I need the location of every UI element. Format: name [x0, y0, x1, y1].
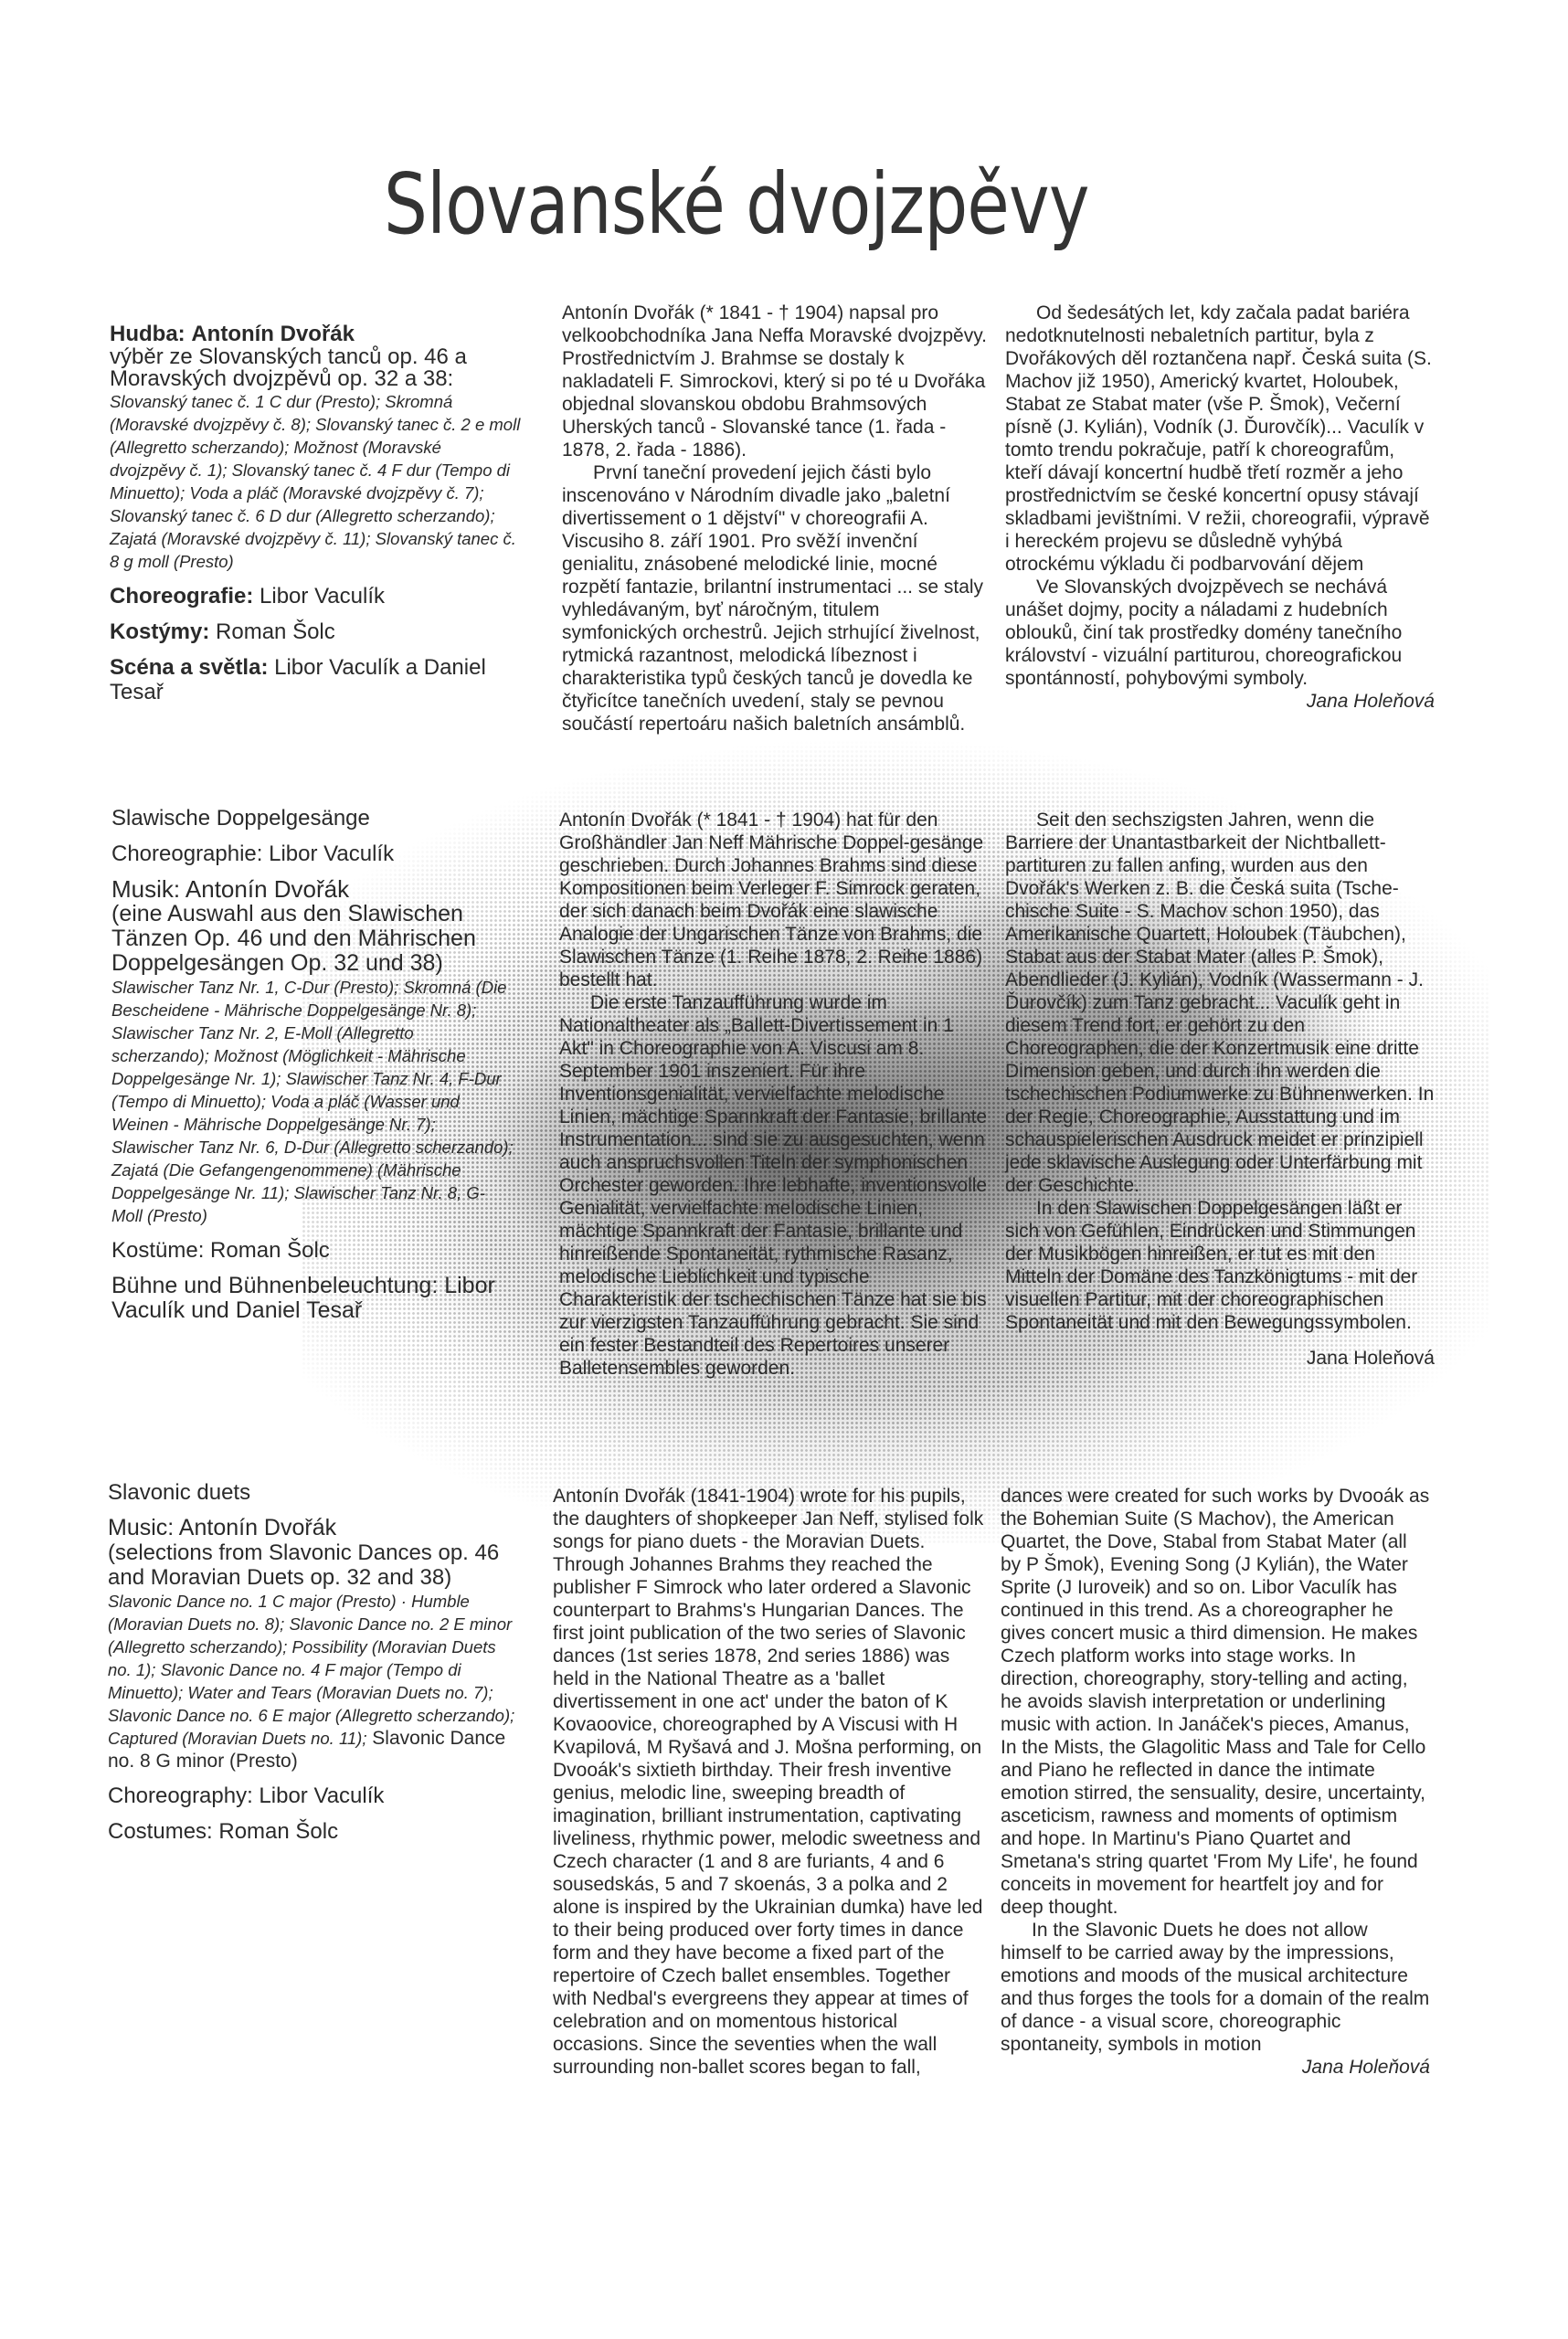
czech-choreo-value: Libor Vaculík [260, 584, 385, 609]
page-title: Slovanské dvojzpěvy [384, 155, 1044, 253]
english-paragraph: Antonín Dvořák (1841-1904) wrote for his… [553, 1485, 987, 2079]
english-author: Jana Holeňová [1001, 2056, 1430, 2079]
german-body-col2: Seit den sechszigsten Jahren, wenn die B… [1005, 809, 1435, 1370]
german-body-col1: Antonín Dvořák (* 1841 - † 1904) hat für… [559, 809, 989, 1380]
english-music: Music: Antonín Dvořák [108, 1516, 519, 1540]
german-music: Musik: Antonín Dvořák [111, 877, 514, 902]
czech-music-value: Antonín Dvořák [191, 322, 355, 346]
czech-paragraph: První taneční provedení jejich části byl… [562, 461, 987, 736]
german-title: Slawische Doppelgesänge [111, 806, 514, 831]
czech-paragraph: Ve Slovanských dvojzpěvech se nechává un… [1005, 576, 1435, 690]
german-selection: (eine Auswahl aus den Slawischen Tänzen … [111, 902, 514, 976]
czech-author: Jana Holeňová [1005, 690, 1435, 713]
german-paragraph: In den Slawischen Doppelgesängen läßt er… [1005, 1197, 1435, 1334]
english-paragraph: In the Slavonic Duets he does not allow … [1001, 1919, 1430, 2056]
czech-music-label: Hudba: [110, 322, 185, 346]
english-selection: (selections from Slavonic Dances op. 46 … [108, 1540, 519, 1590]
german-paragraph: Antonín Dvořák (* 1841 - † 1904) hat für… [559, 809, 989, 991]
german-costume: Kostüme: Roman Šolc [111, 1238, 514, 1263]
czech-selection: výběr ze Slovanských tanců op. 46 a Mora… [110, 346, 521, 390]
czech-costume-label: Kostýmy: [110, 619, 209, 644]
english-choreo: Choreography: Libor Vaculík [108, 1783, 519, 1808]
czech-credits: Hudba: Antonín Dvořák výběr ze Slovanský… [110, 322, 521, 704]
czech-costume-value: Roman Šolc [216, 619, 335, 644]
czech-choreo-label: Choreografie: [110, 584, 253, 609]
german-author: Jana Holeňová [1005, 1347, 1435, 1370]
czech-pieces: Slovanský tanec č. 1 C dur (Presto); Skr… [110, 390, 521, 573]
english-body-col2: dances were created for such works by Dv… [1001, 1485, 1430, 2079]
english-costume: Costumes: Roman Šolc [108, 1819, 519, 1844]
german-choreo: Choreographie: Libor Vaculík [111, 841, 514, 866]
english-paragraph: dances were created for such works by Dv… [1001, 1485, 1430, 1919]
english-body-col1: Antonín Dvořák (1841-1904) wrote for his… [553, 1485, 987, 2079]
english-title: Slavonic duets [108, 1480, 519, 1505]
german-stage: Bühne und Bühnenbeleuchtung: Libor Vacul… [111, 1274, 514, 1323]
german-pieces: Slawischer Tanz Nr. 1, C-Dur (Presto); S… [111, 976, 514, 1227]
czech-body-col2: Od šedesátých let, kdy začala padat bari… [1005, 302, 1435, 713]
czech-body-col1: Antonín Dvořák (* 1841 - † 1904) napsal … [562, 302, 987, 736]
english-pieces: Slavonic Dance no. 1 C major (Presto) · … [108, 1592, 514, 1748]
czech-stage-label: Scéna a světla: [110, 655, 268, 680]
german-paragraph: Die erste Tanzaufführung wurde im Nation… [559, 991, 989, 1380]
czech-paragraph: Antonín Dvořák (* 1841 - † 1904) napsal … [562, 302, 987, 461]
german-paragraph: Seit den sechszigsten Jahren, wenn die B… [1005, 809, 1435, 1197]
czech-paragraph: Od šedesátých let, kdy začala padat bari… [1005, 302, 1435, 576]
german-credits: Slawische Doppelgesänge Choreographie: L… [111, 806, 514, 1323]
english-credits: Slavonic duets Music: Antonín Dvořák (se… [108, 1480, 519, 1844]
